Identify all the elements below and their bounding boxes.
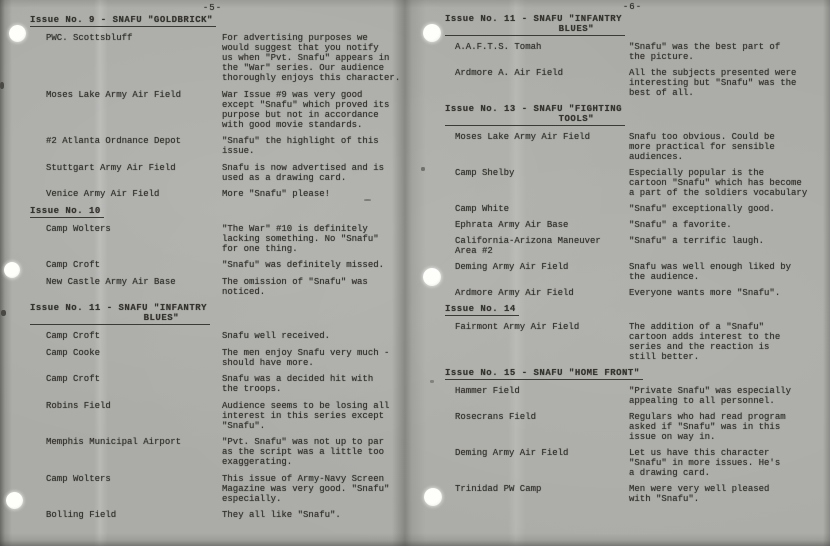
issue-heading: Issue No. 14 bbox=[445, 304, 519, 316]
feedback-entry: Camp CroftSnafu was a decided hit with t… bbox=[46, 374, 410, 394]
issue-heading-line: BLUES" bbox=[445, 24, 622, 34]
entry-location: Camp Wolters bbox=[46, 224, 222, 254]
feedback-entry: #2 Atlanta Ordnance Depot"Snafu" the hig… bbox=[46, 136, 410, 156]
entry-comment: Regulars who had read program asked if "… bbox=[629, 412, 830, 442]
scanned-document-photo: -5- Issue No. 9 - SNAFU "GOLDBRICK"PWC. … bbox=[0, 0, 830, 546]
feedback-entry: Camp Wolters"The War" #10 is definitely … bbox=[46, 224, 410, 254]
page-number: -6- bbox=[445, 2, 820, 12]
feedback-entry: Moses Lake Army Air FieldSnafu too obvio… bbox=[455, 132, 830, 162]
entry-location: Ardmore Army Air Field bbox=[455, 288, 629, 298]
feedback-entry: Deming Army Air FieldLet us have this ch… bbox=[455, 448, 830, 478]
punch-hole bbox=[6, 492, 23, 509]
entry-location: Robins Field bbox=[46, 401, 222, 431]
feedback-entry: Ardmore A. Air FieldAll the subjects pre… bbox=[455, 68, 830, 98]
entry-comment: Audience seems to be losing all interest… bbox=[222, 401, 410, 431]
issue-heading-line: Issue No. 11 - SNAFU "INFANTRY bbox=[445, 14, 622, 24]
entry-location: PWC. Scottsbluff bbox=[46, 33, 222, 83]
punch-hole bbox=[4, 262, 20, 278]
entry-comment: "Snafu" was definitely missed. bbox=[222, 260, 410, 270]
entry-comment: Snafu was a decided hit with the troops. bbox=[222, 374, 410, 394]
entry-comment: "Private Snafu" was especially appealing… bbox=[629, 386, 830, 406]
issue-heading-line: Issue No. 11 - SNAFU "INFANTRY bbox=[30, 303, 207, 313]
punch-hole bbox=[423, 24, 441, 42]
entry-comment: Snafu is now advertised and is used as a… bbox=[222, 163, 410, 183]
entry-comment: For advertising purposes we would sugges… bbox=[222, 33, 410, 83]
entry-location: Moses Lake Army Air Field bbox=[455, 132, 629, 162]
entry-location: Memphis Municipal Airport bbox=[46, 437, 222, 467]
entry-location: Venice Army Air Field bbox=[46, 189, 222, 199]
entry-location: Ardmore A. Air Field bbox=[455, 68, 629, 98]
page-6-content: Issue No. 11 - SNAFU "INFANTRYBLUES"A.A.… bbox=[445, 14, 830, 504]
feedback-entry: Memphis Municipal Airport"Pvt. Snafu" wa… bbox=[46, 437, 410, 467]
entry-comment: Snafu too obvious. Could be more practic… bbox=[629, 132, 830, 162]
feedback-entry: Trinidad PW CampMen were very well pleas… bbox=[455, 484, 830, 504]
punch-hole bbox=[424, 488, 442, 506]
entry-comment: Snafu well received. bbox=[222, 331, 410, 341]
entry-location: California-Arizona Maneuver Area #2 bbox=[455, 236, 629, 256]
entry-location: Hammer Field bbox=[455, 386, 629, 406]
punch-hole bbox=[423, 268, 441, 286]
dust-speck bbox=[364, 199, 371, 201]
entry-location: Camp White bbox=[455, 204, 629, 214]
entry-location: Camp Shelby bbox=[455, 168, 629, 198]
entry-comment: "The War" #10 is definitely lacking some… bbox=[222, 224, 410, 254]
issue-section: Issue No. 15 - SNAFU "HOME FRONT"Hammer … bbox=[445, 368, 830, 504]
feedback-entry: Ardmore Army Air FieldEveryone wants mor… bbox=[455, 288, 830, 298]
entry-comment: Men were very well pleased with "Snafu". bbox=[629, 484, 830, 504]
issue-heading-line: BLUES" bbox=[30, 313, 207, 323]
feedback-entry: PWC. ScottsbluffFor advertising purposes… bbox=[46, 33, 410, 83]
issue-heading-line: Issue No. 9 - SNAFU "GOLDBRICK" bbox=[30, 15, 213, 25]
feedback-entry: Robins FieldAudience seems to be losing … bbox=[46, 401, 410, 431]
entry-location: Camp Croft bbox=[46, 374, 222, 394]
entry-comment: War Issue #9 was very good except "Snafu… bbox=[222, 90, 410, 130]
entry-comment: Everyone wants more "Snafu". bbox=[629, 288, 830, 298]
feedback-entry: Ephrata Army Air Base"Snafu" a favorite. bbox=[455, 220, 830, 230]
issue-heading-line: Issue No. 14 bbox=[445, 304, 516, 314]
feedback-entry: A.A.F.T.S. Tomah"Snafu" was the best par… bbox=[455, 42, 830, 62]
issue-section: Issue No. 10Camp Wolters"The War" #10 is… bbox=[30, 206, 410, 297]
page-5: -5- Issue No. 9 - SNAFU "GOLDBRICK"PWC. … bbox=[8, 0, 410, 546]
entry-comment: "Snafu" a favorite. bbox=[629, 220, 830, 230]
entry-location: Camp Cooke bbox=[46, 348, 222, 368]
dust-speck bbox=[430, 380, 434, 383]
issue-heading-line: TOOLS" bbox=[445, 114, 622, 124]
entry-comment: The omission of "Snafu" was noticed. bbox=[222, 277, 410, 297]
entry-location: #2 Atlanta Ordnance Depot bbox=[46, 136, 222, 156]
entry-location: Camp Croft bbox=[46, 331, 222, 341]
entry-comment: "Snafu" the highlight of this issue. bbox=[222, 136, 410, 156]
feedback-entry: Stuttgart Army Air FieldSnafu is now adv… bbox=[46, 163, 410, 183]
feedback-entry: Camp CookeThe men enjoy Snafu very much … bbox=[46, 348, 410, 368]
issue-heading: Issue No. 13 - SNAFU "FIGHTINGTOOLS" bbox=[445, 104, 625, 126]
entry-location: Deming Army Air Field bbox=[455, 448, 629, 478]
feedback-entry: Camp CroftSnafu well received. bbox=[46, 331, 410, 341]
dust-speck bbox=[0, 82, 4, 89]
entry-comment: They all like "Snafu". bbox=[222, 510, 410, 520]
issue-section: Issue No. 9 - SNAFU "GOLDBRICK"PWC. Scot… bbox=[30, 15, 410, 199]
entry-comment: The men enjoy Snafu very much - should h… bbox=[222, 348, 410, 368]
issue-heading-line: Issue No. 10 bbox=[30, 206, 101, 216]
feedback-entry: California-Arizona Maneuver Area #2"Snaf… bbox=[455, 236, 830, 256]
entry-location: Ephrata Army Air Base bbox=[455, 220, 629, 230]
issue-heading: Issue No. 10 bbox=[30, 206, 104, 218]
entry-location: Stuttgart Army Air Field bbox=[46, 163, 222, 183]
feedback-entry: Deming Army Air FieldSnafu was well enou… bbox=[455, 262, 830, 282]
entry-comment: "Pvt. Snafu" was not up to par as the sc… bbox=[222, 437, 410, 467]
issue-heading-line: Issue No. 13 - SNAFU "FIGHTING bbox=[445, 104, 622, 114]
entry-comment: "Snafu" a terrific laugh. bbox=[629, 236, 830, 256]
entry-comment: Especially popular is the cartoon "Snafu… bbox=[629, 168, 830, 198]
feedback-entry: Camp ShelbyEspecially popular is the car… bbox=[455, 168, 830, 198]
entry-comment: "Snafu" was the best part of the picture… bbox=[629, 42, 830, 62]
entry-comment: More "Snafu" please! bbox=[222, 189, 410, 199]
entry-location: Rosecrans Field bbox=[455, 412, 629, 442]
issue-heading: Issue No. 11 - SNAFU "INFANTRYBLUES" bbox=[445, 14, 625, 36]
feedback-entry: Camp WoltersThis issue of Army-Navy Scre… bbox=[46, 474, 410, 504]
entry-comment: All the subjects presented were interest… bbox=[629, 68, 830, 98]
page-number: -5- bbox=[30, 3, 395, 13]
entry-comment: The addition of a "Snafu" cartoon adds i… bbox=[629, 322, 830, 362]
issue-heading: Issue No. 9 - SNAFU "GOLDBRICK" bbox=[30, 15, 216, 27]
entry-location: Camp Wolters bbox=[46, 474, 222, 504]
feedback-entry: Fairmont Army Air FieldThe addition of a… bbox=[455, 322, 830, 362]
feedback-entry: Venice Army Air FieldMore "Snafu" please… bbox=[46, 189, 410, 199]
feedback-entry: Camp White"Snafu" exceptionally good. bbox=[455, 204, 830, 214]
page-6: -6- Issue No. 11 - SNAFU "INFANTRYBLUES"… bbox=[418, 0, 830, 546]
entry-comment: Snafu was well enough liked by the audie… bbox=[629, 262, 830, 282]
feedback-entry: Hammer Field"Private Snafu" was especial… bbox=[455, 386, 830, 406]
entry-comment: This issue of Army-Navy Screen Magazine … bbox=[222, 474, 410, 504]
entry-location: Moses Lake Army Air Field bbox=[46, 90, 222, 130]
entry-location: Camp Croft bbox=[46, 260, 222, 270]
issue-section: Issue No. 11 - SNAFU "INFANTRYBLUES"A.A.… bbox=[445, 14, 830, 98]
dust-speck bbox=[421, 167, 425, 171]
issue-heading-line: Issue No. 15 - SNAFU "HOME FRONT" bbox=[445, 368, 640, 378]
entry-location: Trinidad PW Camp bbox=[455, 484, 629, 504]
feedback-entry: Bolling FieldThey all like "Snafu". bbox=[46, 510, 410, 520]
punch-hole bbox=[9, 25, 26, 42]
issue-heading: Issue No. 11 - SNAFU "INFANTRYBLUES" bbox=[30, 303, 210, 325]
entry-location: Bolling Field bbox=[46, 510, 222, 520]
entry-comment: "Snafu" exceptionally good. bbox=[629, 204, 830, 214]
feedback-entry: Rosecrans FieldRegulars who had read pro… bbox=[455, 412, 830, 442]
entry-location: Deming Army Air Field bbox=[455, 262, 629, 282]
feedback-entry: Camp Croft"Snafu" was definitely missed. bbox=[46, 260, 410, 270]
issue-section: Issue No. 13 - SNAFU "FIGHTINGTOOLS"Mose… bbox=[445, 104, 830, 298]
page-5-content: Issue No. 9 - SNAFU "GOLDBRICK"PWC. Scot… bbox=[30, 15, 410, 520]
issue-heading: Issue No. 15 - SNAFU "HOME FRONT" bbox=[445, 368, 643, 380]
entry-location: Fairmont Army Air Field bbox=[455, 322, 629, 362]
entry-location: A.A.F.T.S. Tomah bbox=[455, 42, 629, 62]
dust-speck bbox=[1, 310, 6, 316]
entry-comment: Let us have this character "Snafu" in mo… bbox=[629, 448, 830, 478]
feedback-entry: New Castle Army Air BaseThe omission of … bbox=[46, 277, 410, 297]
feedback-entry: Moses Lake Army Air FieldWar Issue #9 wa… bbox=[46, 90, 410, 130]
entry-location: New Castle Army Air Base bbox=[46, 277, 222, 297]
issue-section: Issue No. 14Fairmont Army Air FieldThe a… bbox=[445, 304, 830, 362]
issue-section: Issue No. 11 - SNAFU "INFANTRYBLUES"Camp… bbox=[30, 303, 410, 520]
